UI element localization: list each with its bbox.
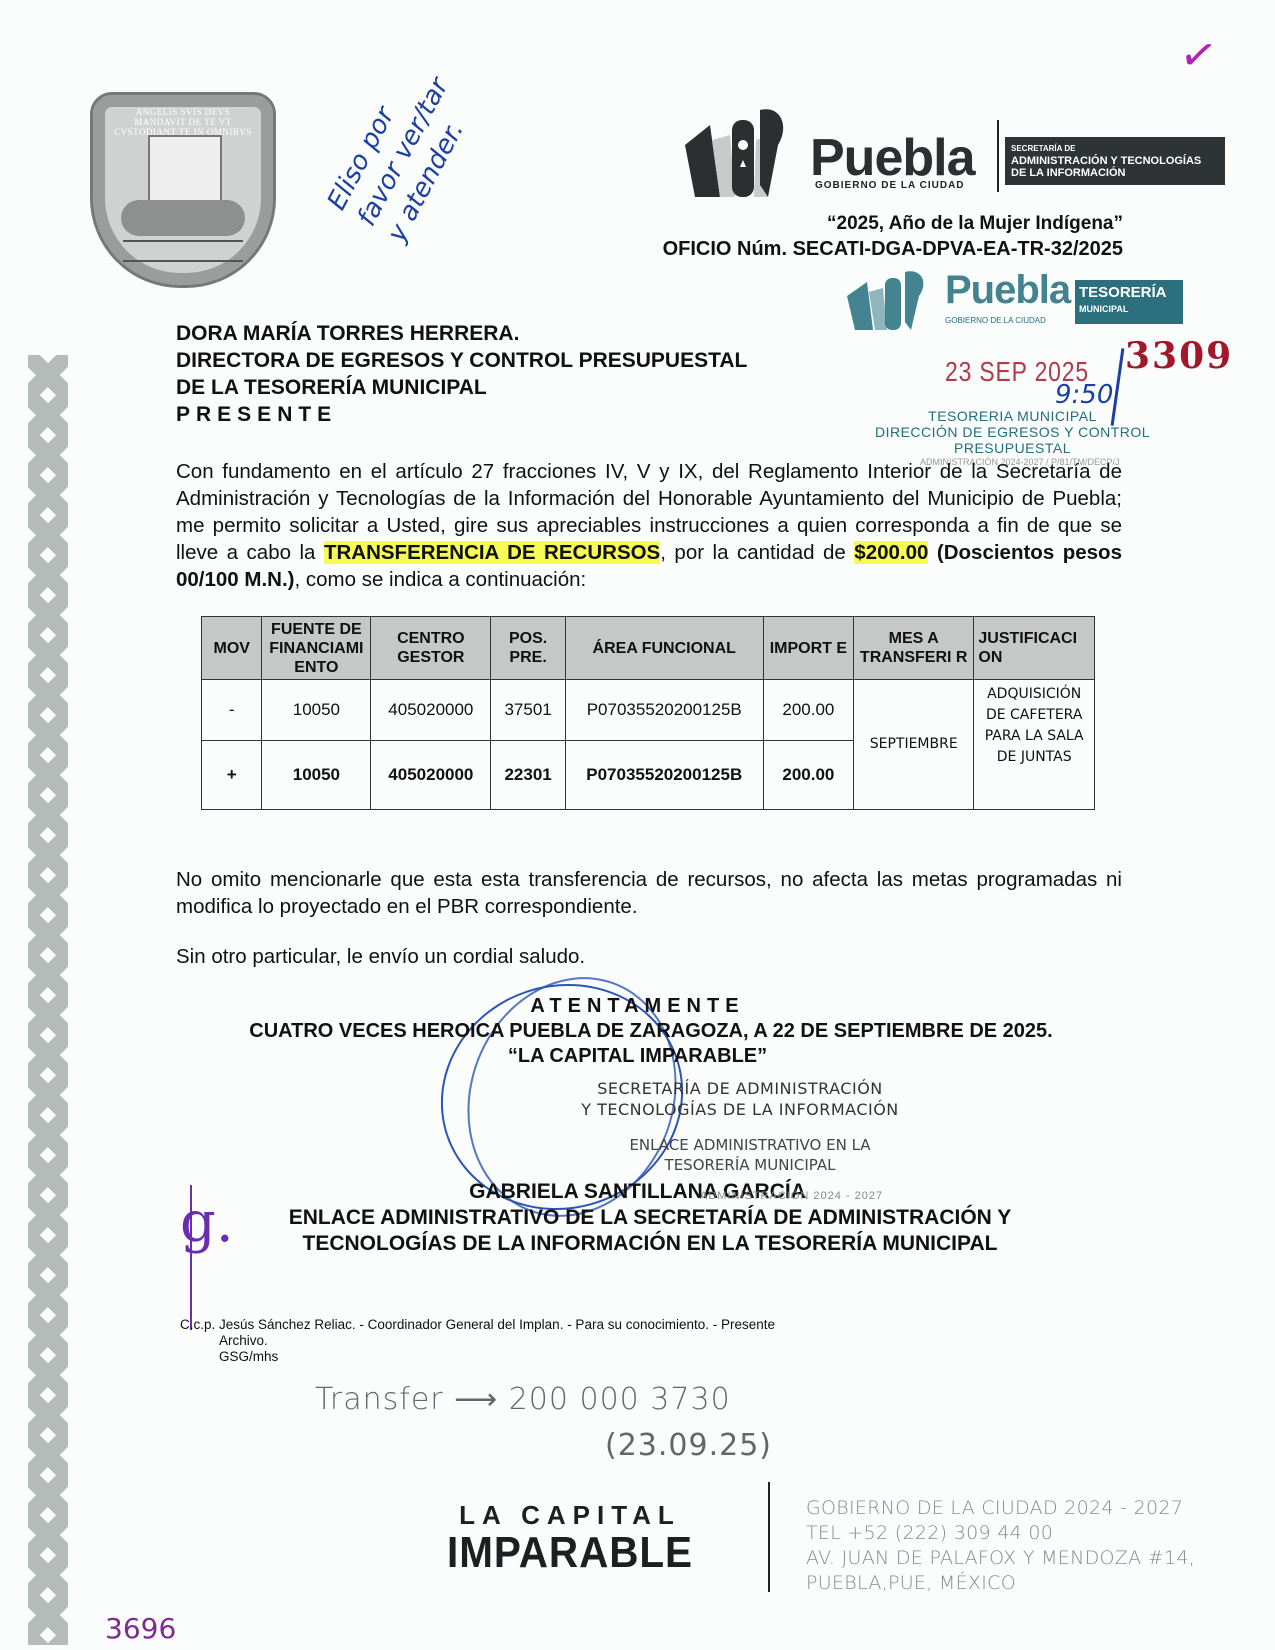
column-header: JUSTIFICACI ON [974,617,1095,680]
column-header: IMPORT E [763,617,853,680]
admin-overlay-text: ADMINISTRACIÓN 2024 - 2027 [700,1190,883,1202]
water-icon [123,240,243,262]
column-header: POS. PRE. [491,617,565,680]
presente-label: PRESENTE [176,401,747,428]
handwritten-transfer-number: Transfer ⟶ 200 000 3730 [315,1382,731,1417]
tesoreria-box: TESORERÍA MUNICIPAL [1075,280,1183,324]
transfer-table: MOV FUENTE DE FINANCIAMI ENTO CENTRO GES… [201,616,1095,810]
city-shield-logo: ANGELIS SVIS DEVS MANDAVIT DE TE VT CVST… [90,92,276,288]
cloud-icon [121,200,245,236]
table-row: - 10050 405020000 37501 P07035520200125B… [202,680,1095,741]
carbon-copy-block: C.c.p. Jesús Sánchez Reliac. - Coordinad… [180,1317,775,1365]
centro-gestor-cell: 405020000 [371,741,491,810]
tesoreria-stamp-logo: Puebla GOBIERNO DE LA CIUDAD TESORERÍA M… [845,268,1185,332]
body-paragraph-request: Con fundamento en el artículo 27 fraccio… [176,458,1122,593]
secretaria-box: SECRETARÍA DE ADMINISTRACIÓN Y TECNOLOGÍ… [1005,137,1225,185]
centro-gestor-cell: 405020000 [371,680,491,741]
highlighted-transfer-text: TRANSFERENCIA DE RECURSOS [324,541,660,564]
secretaria-stamp: SECRETARÍA DE ADMINISTRACIÓN Y TECNOLOGÍ… [560,1078,920,1120]
column-header: CENTRO GESTOR [371,617,491,680]
enlace-stamp: ENLACE ADMINISTRATIVO EN LA TESORERÍA MU… [600,1135,900,1175]
footer-info-line: AV. JUAN DE PALAFOX Y MENDOZA #14, [806,1546,1195,1571]
secretaria-line: DE LA INFORMACIÓN [1011,167,1225,179]
fuente-cell: 10050 [262,680,371,741]
folio-number-stamp: 3309 [1125,335,1233,377]
area-funcional-cell: P07035520200125B [565,680,763,741]
body-paragraph-note: No omito mencionarle que esta esta trans… [176,866,1122,920]
year-motto: “2025, Año de la Mujer Indígena” [827,213,1123,235]
fuente-cell: 10050 [262,741,371,810]
place-and-date: CUATRO VECES HEROICA PUEBLA DE ZARAGOZA,… [176,1020,1126,1043]
la-capital-imparable-logo: LA CAPITAL IMPARABLE [420,1500,720,1575]
highlighted-amount: $200.00 [854,541,928,564]
puebla-emblem-icon [845,268,935,330]
stamp-line: Y TECNOLOGÍAS DE LA INFORMACIÓN [560,1099,920,1120]
column-header: MOV [202,617,262,680]
signer-title-line: TECNOLOGÍAS DE LA INFORMACIÓN EN LA TESO… [200,1231,1100,1257]
received-department-stamp: TESORERIA MUNICIPAL DIRECCIÓN DE EGRESOS… [860,408,1165,456]
addressee-title: DIRECTORA DE EGRESOS Y CONTROL PRESUPUES… [176,347,747,374]
month-cell: SEPTIEMBRE [854,680,974,810]
puebla-wordmark: Puebla [945,268,1070,313]
dept-line: TESORERIA MUNICIPAL [860,408,1165,424]
secretaria-line: ADMINISTRACIÓN Y TECNOLOGÍAS [1011,155,1225,167]
importe-cell: 200.00 [763,741,853,810]
cc-line: C.c.p. Jesús Sánchez Reliac. - Coordinad… [180,1317,775,1333]
paragraph-text: , por la cantidad de [660,541,854,564]
dept-line: DIRECCIÓN DE EGRESOS Y CONTROL [860,424,1165,440]
castle-icon [148,135,222,209]
slogan: “LA CAPITAL IMPARABLE” [0,1045,1275,1068]
handwritten-page-number: 3696 [105,1612,176,1645]
justification-cell: ADQUISICIÓN DE CAFETERA PARA LA SALA DE … [974,680,1095,810]
mov-cell: + [202,741,262,810]
puebla-subtitle: GOBIERNO DE LA CIUDAD [945,316,1046,325]
signer-title: ENLACE ADMINISTRATIVO DE LA SECRETARÍA D… [200,1205,1100,1257]
signer-title-line: ENLACE ADMINISTRATIVO DE LA SECRETARÍA D… [200,1205,1100,1231]
purple-initial: g. [180,1190,234,1255]
body-paragraph-closing: Sin otro particular, le envío un cordial… [176,943,1122,970]
stamp-line: SECRETARÍA DE ADMINISTRACIÓN [560,1078,920,1099]
table-header-row: MOV FUENTE DE FINANCIAMI ENTO CENTRO GES… [202,617,1095,680]
stamp-line: ENLACE ADMINISTRATIVO EN LA [600,1135,900,1155]
puebla-wordmark: Puebla [810,128,975,188]
oficio-number: OFICIO Núm. SECATI-DGA-DPVA-EA-TR-32/202… [663,238,1123,261]
cc-line: Archivo. [180,1333,775,1349]
paragraph-text: , como se indica a continuación: [295,568,587,591]
footer-info-line: PUEBLA,PUE, MÉXICO [806,1571,1195,1596]
column-header: MES A TRANSFERI R [854,617,974,680]
addressee-name: DORA MARÍA TORRES HERRERA. [176,320,747,347]
addressee-department: DE LA TESORERÍA MUNICIPAL [176,374,747,401]
secretaria-line: SECRETARÍA DE [1011,143,1225,155]
pos-pre-cell: 22301 [491,741,565,810]
puebla-emblem-icon [680,105,798,197]
municipal-label: MUNICIPAL [1079,301,1183,318]
mov-cell: - [202,680,262,741]
received-time: 9:50 [1055,380,1113,410]
column-header: FUENTE DE FINANCIAMI ENTO [262,617,371,680]
column-header: ÁREA FUNCIONAL [565,617,763,680]
importe-cell: 200.00 [763,680,853,741]
check-mark-icon: ✓ [1176,27,1221,84]
footer-info-line: TEL +52 (222) 309 44 00 [806,1521,1195,1546]
tesoreria-label: TESORERÍA [1079,284,1183,301]
handwritten-note: Eliso por favor ver/tar y atender. [320,56,487,248]
stamp-line: TESORERÍA MUNICIPAL [600,1155,900,1175]
addressee-block: DORA MARÍA TORRES HERRERA. DIRECTORA DE … [176,320,747,428]
footer-logo-line: LA CAPITAL [420,1500,720,1531]
footer-info-line: GOBIERNO DE LA CIUDAD 2024 - 2027 [806,1496,1195,1521]
puebla-subtitle: GOBIERNO DE LA CIUDAD [815,180,965,191]
footer-contact-info: GOBIERNO DE LA CIUDAD 2024 - 2027 TEL +5… [806,1496,1195,1596]
pos-pre-cell: 37501 [491,680,565,741]
logo-divider [997,120,999,192]
dept-line: PRESUPUESTAL [860,440,1165,456]
cc-line: GSG/mhs [180,1349,775,1365]
atentamente-label: ATENTAMENTE [0,995,1275,1018]
footer-logo-line: IMPARABLE [432,1531,708,1575]
handwritten-transfer-date: (23.09.25) [605,1428,772,1463]
area-funcional-cell: P07035520200125B [565,741,763,810]
footer-divider [768,1482,770,1592]
